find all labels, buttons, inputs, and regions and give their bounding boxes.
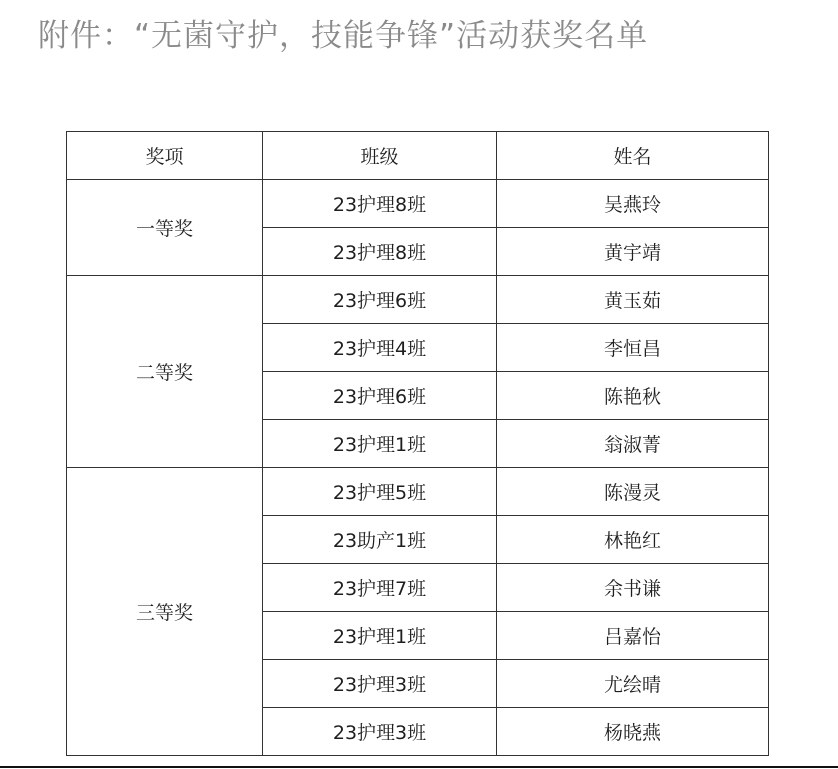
class-cell: 23护理1班	[263, 612, 497, 660]
name-cell: 杨晓燕	[497, 708, 769, 756]
header-class: 班级	[263, 132, 497, 180]
name-cell: 翁淑菁	[497, 420, 769, 468]
class-cell: 23护理5班	[263, 468, 497, 516]
table-row: 三等奖 23护理5班 陈漫灵	[67, 468, 769, 516]
name-cell: 陈艳秋	[497, 372, 769, 420]
name-cell: 黄玉茹	[497, 276, 769, 324]
class-cell: 23护理6班	[263, 276, 497, 324]
header-row: 奖项 班级 姓名	[67, 132, 769, 180]
page-bottom-divider	[0, 766, 838, 768]
awards-table: 奖项 班级 姓名 一等奖 23护理8班 吴燕玲 23护理8班 黄宇靖 二等奖 2…	[66, 131, 769, 756]
award-cell-third-prize: 三等奖	[67, 468, 263, 756]
table-row: 一等奖 23护理8班 吴燕玲	[67, 180, 769, 228]
header-award: 奖项	[67, 132, 263, 180]
award-cell-second-prize: 二等奖	[67, 276, 263, 468]
name-cell: 林艳红	[497, 516, 769, 564]
award-cell-first-prize: 一等奖	[67, 180, 263, 276]
class-cell: 23护理6班	[263, 372, 497, 420]
name-cell: 黄宇靖	[497, 228, 769, 276]
class-cell: 23护理8班	[263, 180, 497, 228]
name-cell: 陈漫灵	[497, 468, 769, 516]
name-cell: 余书谦	[497, 564, 769, 612]
class-cell: 23护理3班	[263, 660, 497, 708]
class-cell: 23护理1班	[263, 420, 497, 468]
table-row: 二等奖 23护理6班 黄玉茹	[67, 276, 769, 324]
class-cell: 23护理3班	[263, 708, 497, 756]
name-cell: 吕嘉怡	[497, 612, 769, 660]
name-cell: 吴燕玲	[497, 180, 769, 228]
class-cell: 23助产1班	[263, 516, 497, 564]
name-cell: 李恒昌	[497, 324, 769, 372]
name-cell: 尤绘晴	[497, 660, 769, 708]
class-cell: 23护理7班	[263, 564, 497, 612]
class-cell: 23护理8班	[263, 228, 497, 276]
class-cell: 23护理4班	[263, 324, 497, 372]
document-title: 附件：“无菌守护，技能争锋”活动获奖名单	[38, 10, 648, 55]
header-name: 姓名	[497, 132, 769, 180]
